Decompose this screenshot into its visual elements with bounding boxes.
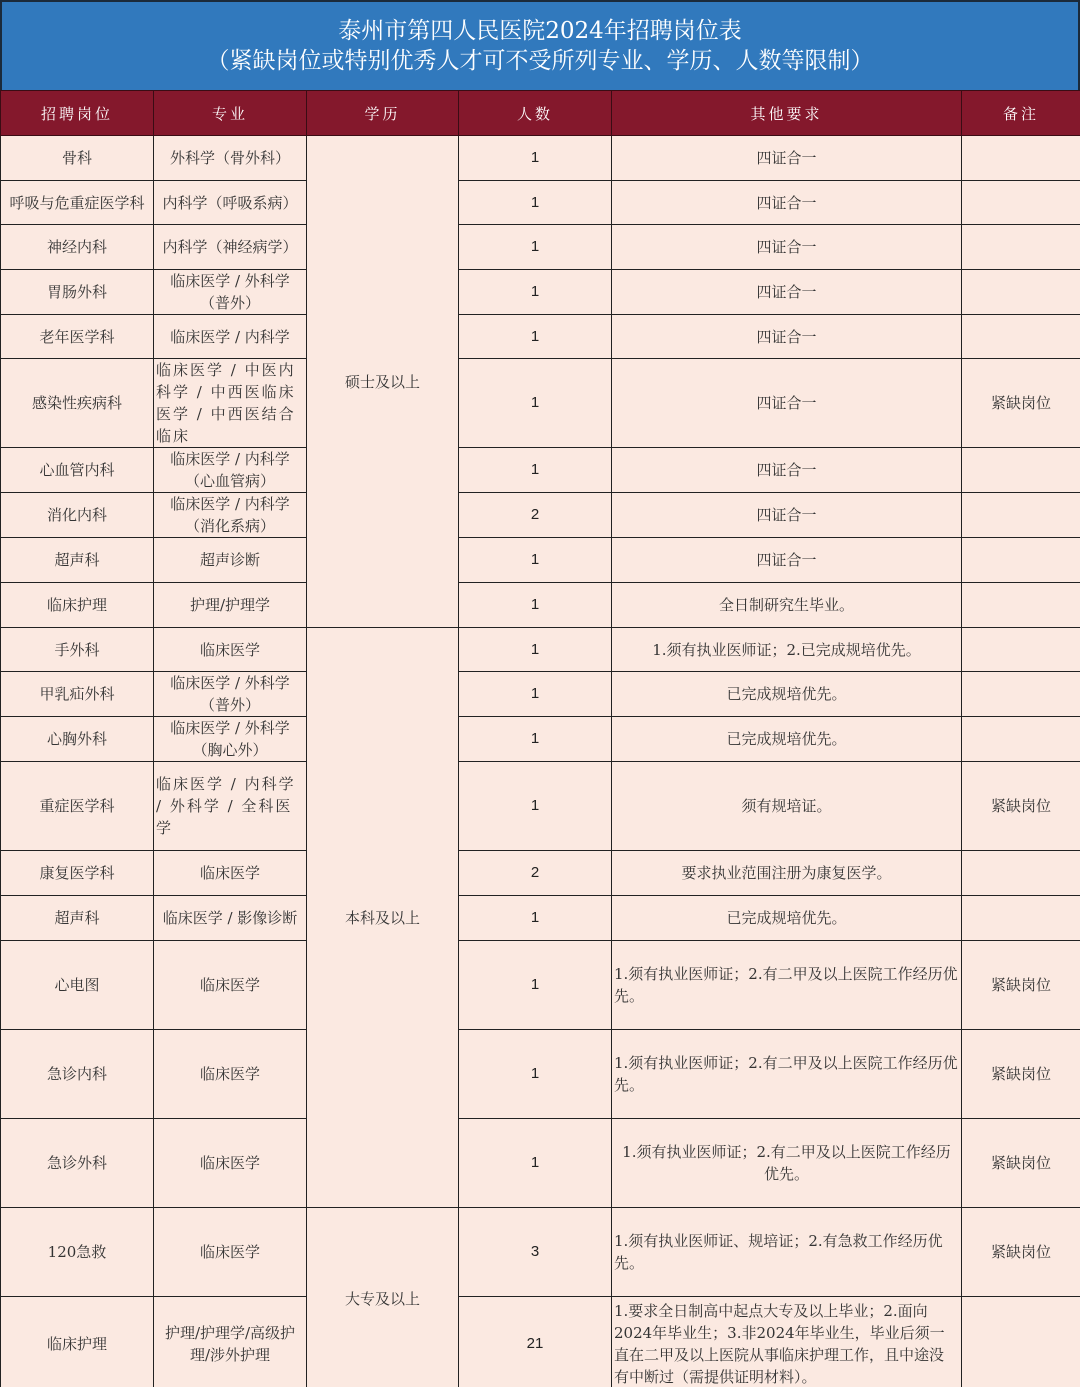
note-cell: 紧缺岗位	[962, 762, 1080, 851]
major-cell: 临床医学	[154, 851, 307, 896]
requirement-cell: 1.要求全日制高中起点大专及以上毕业；2.面向2024年毕业生；3.非2024年…	[612, 1297, 962, 1387]
requirement-cell: 已完成规培优先。	[612, 896, 962, 941]
requirement-cell: 四证合一	[612, 136, 962, 181]
position-cell: 超声科	[1, 896, 154, 941]
count-cell: 1	[459, 896, 612, 941]
note-cell	[962, 136, 1080, 181]
title-main: 泰州市第四人民医院2024年招聘岗位表	[338, 16, 742, 46]
requirement-cell: 已完成规培优先。	[612, 717, 962, 762]
table-row: 重症医学科 临床医学 / 内科学 / 外科学 / 全科医学 1 须有规培证。 紧…	[1, 762, 1080, 851]
table-row: 120急救 临床医学 大专及以上 3 1.须有执业医师证、规培证；2.有急救工作…	[1, 1208, 1080, 1297]
education-cell: 硕士及以上	[307, 136, 459, 628]
requirement-cell: 1.须有执业医师证；2.有二甲及以上医院工作经历优先。	[612, 1030, 962, 1119]
requirement-cell: 1.须有执业医师证；2.有二甲及以上医院工作经历优先。	[612, 1119, 962, 1208]
count-cell: 1	[459, 538, 612, 583]
note-cell	[962, 225, 1080, 270]
major-cell: 临床医学	[154, 1208, 307, 1297]
major-cell: 临床医学 / 影像诊断	[154, 896, 307, 941]
header-major: 专业	[154, 91, 307, 136]
count-cell: 2	[459, 851, 612, 896]
table-row: 心电图 临床医学 1 1.须有执业医师证；2.有二甲及以上医院工作经历优先。 紧…	[1, 941, 1080, 1030]
major-cell: 临床医学	[154, 1119, 307, 1208]
major-cell: 临床医学	[154, 941, 307, 1030]
position-cell: 120急救	[1, 1208, 154, 1297]
requirement-cell: 四证合一	[612, 359, 962, 448]
major-cell: 超声诊断	[154, 538, 307, 583]
position-cell: 胃肠外科	[1, 270, 154, 315]
header-requirement: 其他要求	[612, 91, 962, 136]
table-row: 消化内科 临床医学 / 内科学（消化系病） 2 四证合一	[1, 493, 1080, 538]
note-cell	[962, 628, 1080, 672]
position-cell: 心血管内科	[1, 448, 154, 493]
table-row: 心血管内科 临床医学 / 内科学（心血管病） 1 四证合一	[1, 448, 1080, 493]
count-cell: 1	[459, 225, 612, 270]
requirement-cell: 四证合一	[612, 538, 962, 583]
table-row: 超声科 超声诊断 1 四证合一	[1, 538, 1080, 583]
table-title: 泰州市第四人民医院2024年招聘岗位表 （紧缺岗位或特别优秀人才可不受所列专业、…	[0, 0, 1080, 90]
note-cell	[962, 896, 1080, 941]
count-cell: 1	[459, 1119, 612, 1208]
note-cell	[962, 583, 1080, 628]
table-row: 老年医学科 临床医学 / 内科学 1 四证合一	[1, 315, 1080, 359]
note-cell: 紧缺岗位	[962, 1119, 1080, 1208]
requirement-cell: 四证合一	[612, 448, 962, 493]
requirement-cell: 1.须有执业医师证；2.有二甲及以上医院工作经历优先。	[612, 941, 962, 1030]
position-cell: 老年医学科	[1, 315, 154, 359]
major-cell: 护理/护理学/高级护理/涉外护理	[154, 1297, 307, 1387]
note-cell: 紧缺岗位	[962, 1208, 1080, 1297]
count-cell: 1	[459, 672, 612, 717]
table-row: 神经内科 内科学（神经病学） 1 四证合一	[1, 225, 1080, 270]
note-cell	[962, 448, 1080, 493]
table-row: 临床护理 护理/护理学 1 全日制研究生毕业。	[1, 583, 1080, 628]
position-cell: 消化内科	[1, 493, 154, 538]
requirement-cell: 四证合一	[612, 270, 962, 315]
position-cell: 感染性疾病科	[1, 359, 154, 448]
count-cell: 3	[459, 1208, 612, 1297]
note-cell	[962, 1297, 1080, 1387]
position-cell: 临床护理	[1, 583, 154, 628]
position-cell: 甲乳疝外科	[1, 672, 154, 717]
note-cell: 紧缺岗位	[962, 359, 1080, 448]
count-cell: 1	[459, 181, 612, 225]
table-row: 超声科 临床医学 / 影像诊断 1 已完成规培优先。	[1, 896, 1080, 941]
requirement-cell: 须有规培证。	[612, 762, 962, 851]
requirement-cell: 全日制研究生毕业。	[612, 583, 962, 628]
position-cell: 骨科	[1, 136, 154, 181]
count-cell: 1	[459, 270, 612, 315]
table-row: 手外科 临床医学 本科及以上 1 1.须有执业医师证；2.已完成规培优先。	[1, 628, 1080, 672]
header-row: 招聘岗位 专业 学历 人数 其他要求 备注	[1, 91, 1080, 136]
count-cell: 1	[459, 583, 612, 628]
requirement-cell: 四证合一	[612, 225, 962, 270]
major-cell: 临床医学 / 内科学（消化系病）	[154, 493, 307, 538]
major-cell: 临床医学 / 内科学	[154, 315, 307, 359]
major-cell: 临床医学 / 内科学 / 外科学 / 全科医学	[154, 762, 307, 851]
note-cell	[962, 270, 1080, 315]
requirement-cell: 1.须有执业医师证；2.已完成规培优先。	[612, 628, 962, 672]
major-cell: 护理/护理学	[154, 583, 307, 628]
major-cell: 临床医学 / 内科学（心血管病）	[154, 448, 307, 493]
table-row: 感染性疾病科 临床医学 / 中医内科学 / 中西医临床医学 / 中西医结合临床 …	[1, 359, 1080, 448]
count-cell: 1	[459, 359, 612, 448]
count-cell: 2	[459, 493, 612, 538]
count-cell: 1	[459, 136, 612, 181]
position-cell: 心胸外科	[1, 717, 154, 762]
count-cell: 1	[459, 717, 612, 762]
position-cell: 心电图	[1, 941, 154, 1030]
count-cell: 21	[459, 1297, 612, 1387]
table-row: 急诊外科 临床医学 1 1.须有执业医师证；2.有二甲及以上医院工作经历优先。 …	[1, 1119, 1080, 1208]
major-cell: 内科学（呼吸系病）	[154, 181, 307, 225]
table-row: 心胸外科 临床医学 / 外科学（胸心外） 1 已完成规培优先。	[1, 717, 1080, 762]
note-cell: 紧缺岗位	[962, 941, 1080, 1030]
position-cell: 临床护理	[1, 1297, 154, 1387]
education-cell: 本科及以上	[307, 628, 459, 1208]
position-cell: 手外科	[1, 628, 154, 672]
header-count: 人数	[459, 91, 612, 136]
major-cell: 临床医学 / 外科学（普外）	[154, 270, 307, 315]
note-cell	[962, 538, 1080, 583]
table-row: 康复医学科 临床医学 2 要求执业范围注册为康复医学。	[1, 851, 1080, 896]
position-cell: 急诊内科	[1, 1030, 154, 1119]
requirement-cell: 已完成规培优先。	[612, 672, 962, 717]
header-note: 备注	[962, 91, 1080, 136]
requirement-cell: 四证合一	[612, 181, 962, 225]
count-cell: 1	[459, 628, 612, 672]
table-row: 甲乳疝外科 临床医学 / 外科学（普外） 1 已完成规培优先。	[1, 672, 1080, 717]
major-cell: 临床医学	[154, 628, 307, 672]
note-cell: 紧缺岗位	[962, 1030, 1080, 1119]
requirement-cell: 要求执业范围注册为康复医学。	[612, 851, 962, 896]
table-row: 骨科 外科学（骨外科） 硕士及以上 1 四证合一	[1, 136, 1080, 181]
position-cell: 康复医学科	[1, 851, 154, 896]
position-cell: 重症医学科	[1, 762, 154, 851]
title-subtitle: （紧缺岗位或特别优秀人才可不受所列专业、学历、人数等限制）	[207, 46, 874, 76]
position-cell: 急诊外科	[1, 1119, 154, 1208]
requirement-cell: 1.须有执业医师证、规培证；2.有急救工作经历优先。	[612, 1208, 962, 1297]
requirement-cell: 四证合一	[612, 493, 962, 538]
count-cell: 1	[459, 315, 612, 359]
note-cell	[962, 851, 1080, 896]
count-cell: 1	[459, 1030, 612, 1119]
major-cell: 内科学（神经病学）	[154, 225, 307, 270]
note-cell	[962, 717, 1080, 762]
header-position: 招聘岗位	[1, 91, 154, 136]
position-cell: 神经内科	[1, 225, 154, 270]
count-cell: 1	[459, 941, 612, 1030]
header-education: 学历	[307, 91, 459, 136]
note-cell	[962, 672, 1080, 717]
major-cell: 临床医学	[154, 1030, 307, 1119]
note-cell	[962, 493, 1080, 538]
table-row: 临床护理 护理/护理学/高级护理/涉外护理 21 1.要求全日制高中起点大专及以…	[1, 1297, 1080, 1387]
major-cell: 临床医学 / 中医内科学 / 中西医临床医学 / 中西医结合临床	[154, 359, 307, 448]
note-cell	[962, 315, 1080, 359]
recruitment-table: 招聘岗位 专业 学历 人数 其他要求 备注 骨科 外科学（骨外科） 硕士及以上 …	[0, 90, 1080, 1387]
education-cell: 大专及以上	[307, 1208, 459, 1387]
position-cell: 呼吸与危重症医学科	[1, 181, 154, 225]
major-cell: 外科学（骨外科）	[154, 136, 307, 181]
table-row: 急诊内科 临床医学 1 1.须有执业医师证；2.有二甲及以上医院工作经历优先。 …	[1, 1030, 1080, 1119]
count-cell: 1	[459, 762, 612, 851]
major-cell: 临床医学 / 外科学（胸心外）	[154, 717, 307, 762]
major-cell: 临床医学 / 外科学（普外）	[154, 672, 307, 717]
note-cell	[962, 181, 1080, 225]
position-cell: 超声科	[1, 538, 154, 583]
table-row: 胃肠外科 临床医学 / 外科学（普外） 1 四证合一	[1, 270, 1080, 315]
table-row: 呼吸与危重症医学科 内科学（呼吸系病） 1 四证合一	[1, 181, 1080, 225]
requirement-cell: 四证合一	[612, 315, 962, 359]
count-cell: 1	[459, 448, 612, 493]
